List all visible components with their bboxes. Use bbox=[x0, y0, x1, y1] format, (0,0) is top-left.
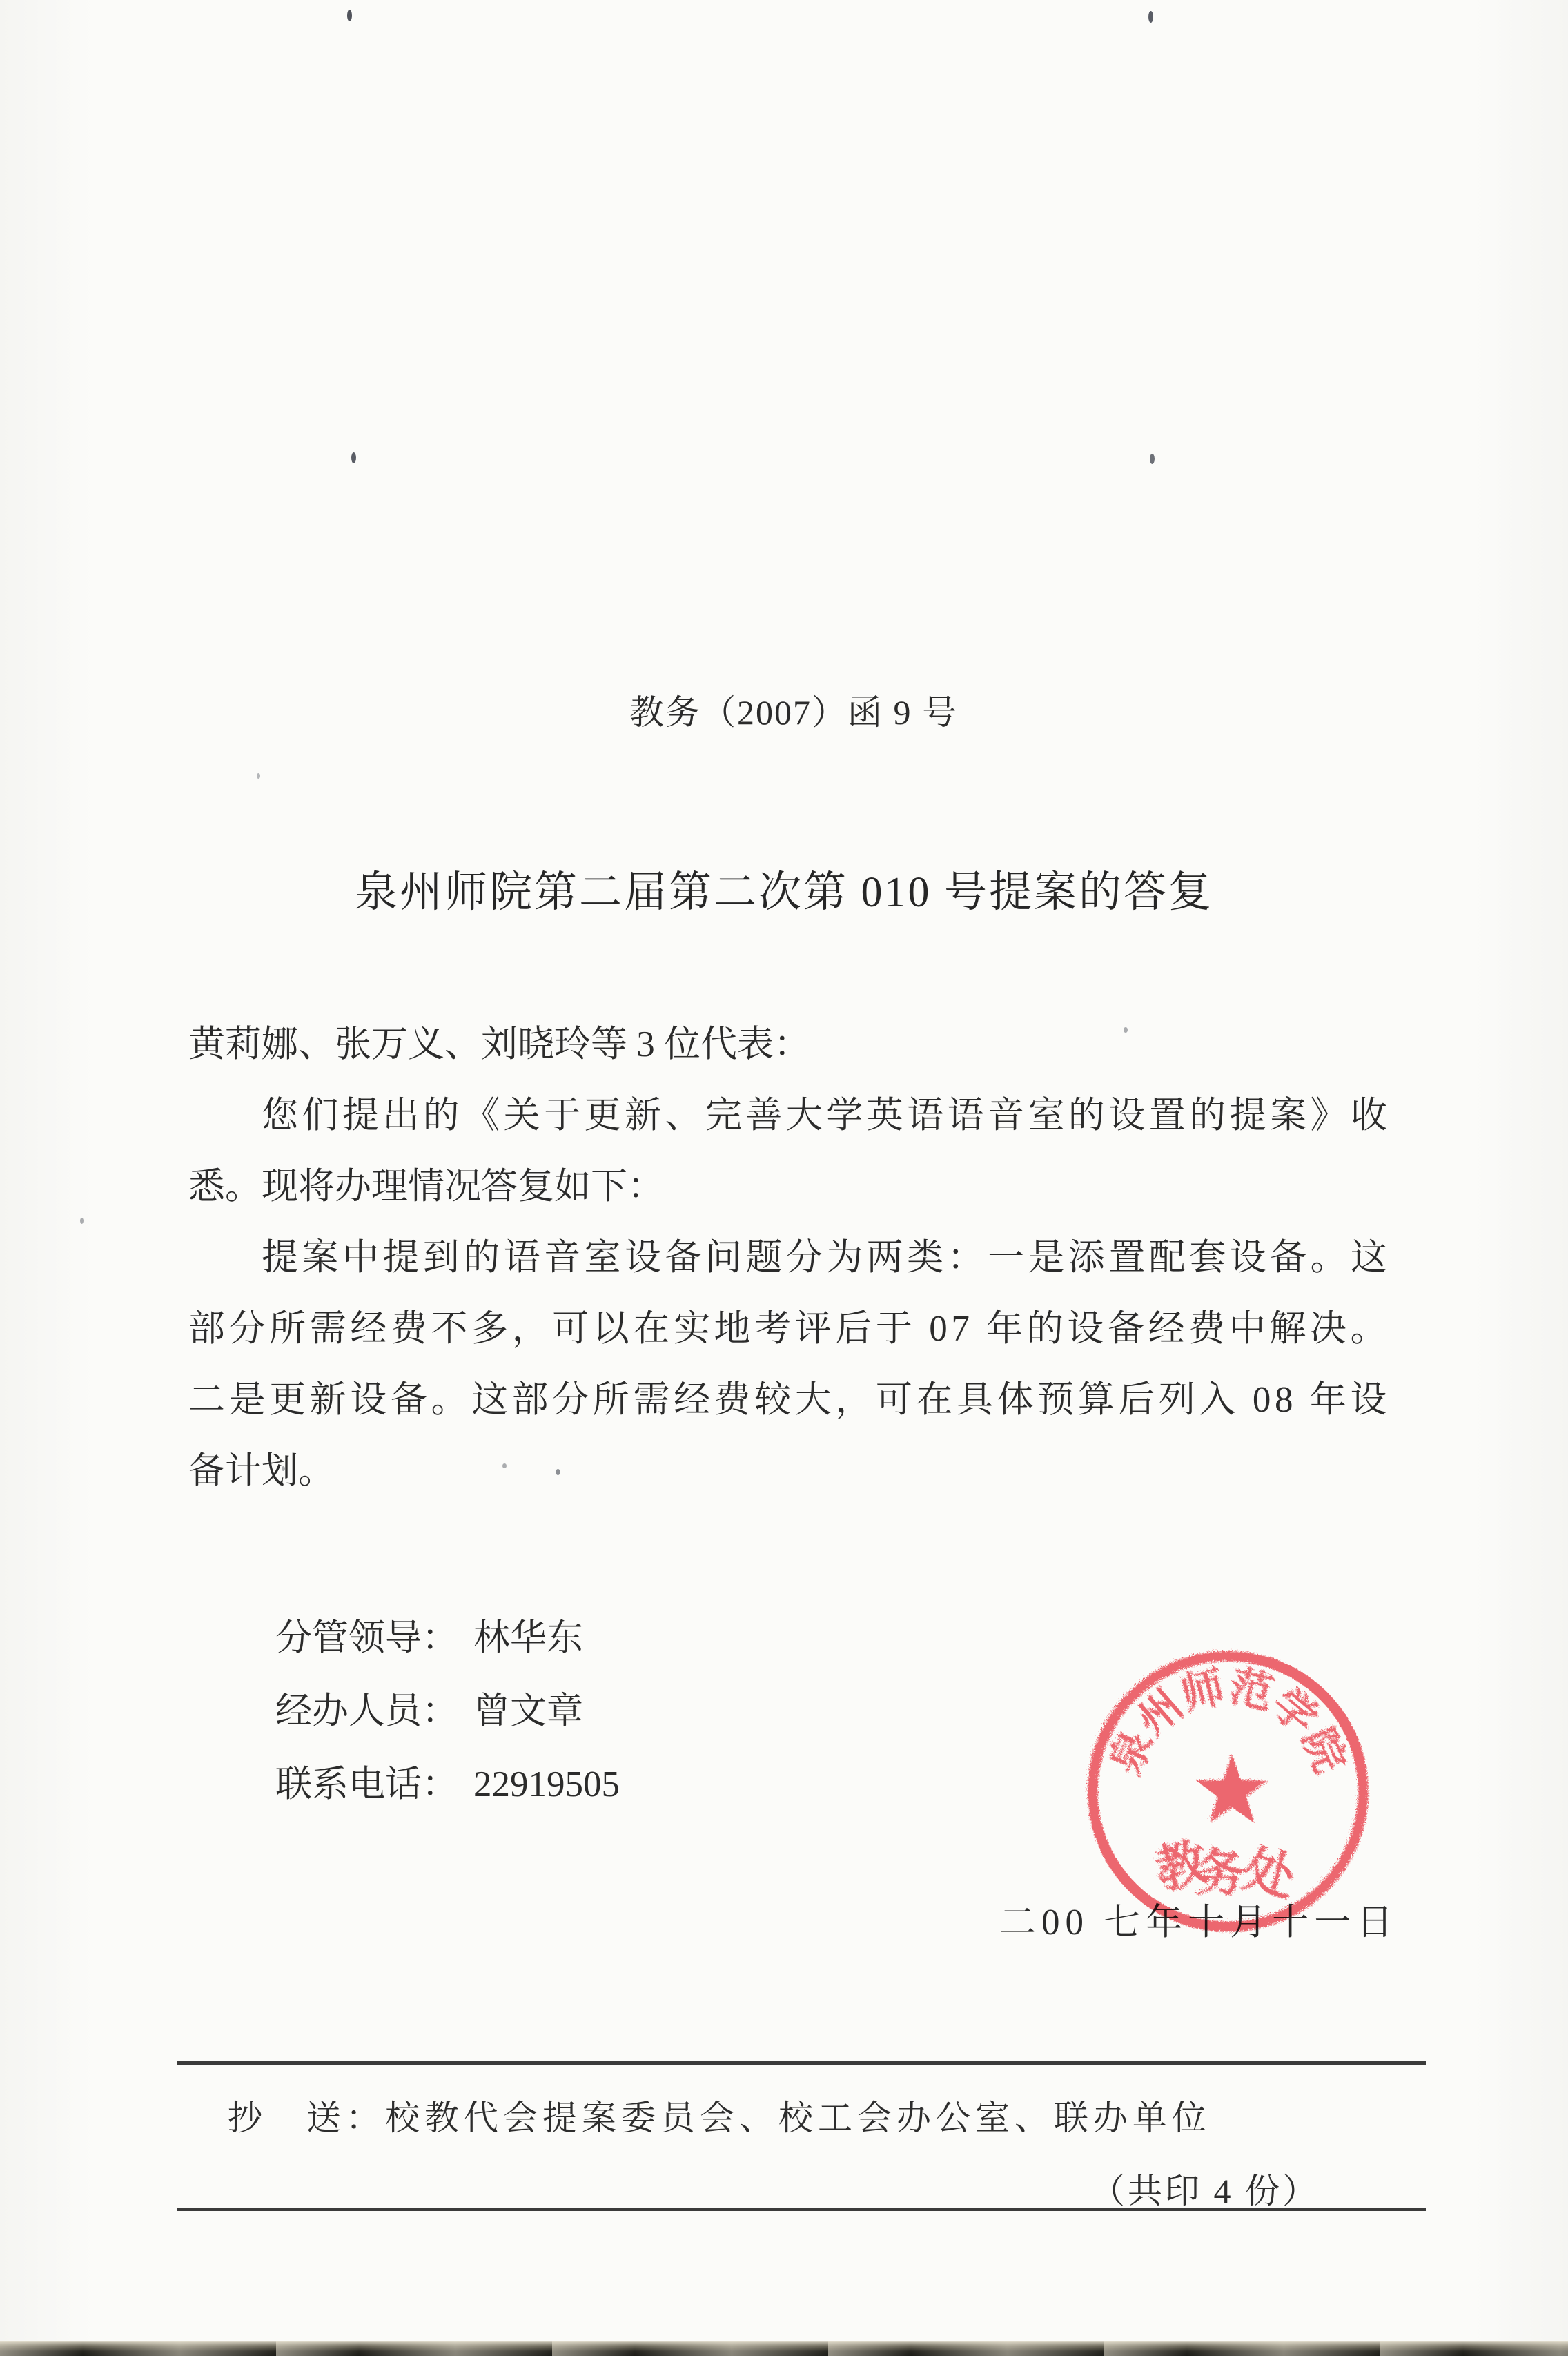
supervisor-label: 分管领导： bbox=[275, 1618, 458, 1658]
body-line: 备计划。 bbox=[188, 1436, 1387, 1507]
dust-speck bbox=[1148, 11, 1153, 23]
dust-speck bbox=[351, 452, 356, 463]
handler-name: 曾文章 bbox=[473, 1691, 583, 1731]
scanner-edge-artifact bbox=[0, 2341, 1568, 2356]
supervisor-line: 分管领导：林华东 bbox=[275, 1602, 620, 1675]
body-line: 提案中提到的语音室设备问题分为两类：一是添置配套设备。这 bbox=[188, 1223, 1387, 1294]
body-line: 您们提出的《关于更新、完善大学英语语音室的设置的提案》收 bbox=[188, 1080, 1387, 1151]
seal-ring-text: 泉 州 师 范 学 院 bbox=[1100, 1662, 1352, 1780]
handler-line: 经办人员：曾文章 bbox=[275, 1675, 620, 1748]
doc-title: 泉州师院第二届第二次第 010 号提案的答复 bbox=[355, 857, 1213, 919]
footer-divider-bottom bbox=[177, 2208, 1426, 2211]
body-line: 二是更新设备。这部分所需经费较大，可在具体预算后列入 08 年设 bbox=[188, 1365, 1387, 1436]
official-seal-stamp: 泉 州 师 范 学 院 教 务 处 bbox=[1075, 1637, 1379, 1948]
signature-block: 分管领导：林华东 经办人员：曾文章 联系电话：22919505 bbox=[275, 1602, 620, 1821]
handler-label: 经办人员： bbox=[275, 1691, 458, 1731]
phone-number: 22919505 bbox=[473, 1764, 620, 1804]
cc-distribution-line: 抄 送：校教代会提案委员会、校工会办公室、联办单位 bbox=[228, 2090, 1211, 2140]
print-count-note: （共印 4 份） bbox=[1090, 2163, 1320, 2213]
salutation-line: 黄莉娜、张万义、刘晓玲等 3 位代表： bbox=[188, 1009, 1387, 1080]
phone-label: 联系电话： bbox=[275, 1764, 458, 1804]
doc-reference-number: 教务（2007）函 9 号 bbox=[629, 685, 958, 734]
seal-department-text: 教 务 处 bbox=[1149, 1833, 1300, 1907]
dust-speck bbox=[80, 1218, 84, 1224]
dust-speck bbox=[347, 10, 352, 21]
supervisor-name: 林华东 bbox=[473, 1618, 583, 1658]
document-page: 教务（2007）函 9 号 泉州师院第二届第二次第 010 号提案的答复 黄莉娜… bbox=[0, 0, 1568, 2356]
phone-line: 联系电话：22919505 bbox=[275, 1748, 620, 1821]
letter-body: 黄莉娜、张万义、刘晓玲等 3 位代表： 您们提出的《关于更新、完善大学英语语音室… bbox=[188, 1009, 1387, 1507]
seal-dept-char: 处 bbox=[1236, 1839, 1300, 1906]
seal-star-icon bbox=[1195, 1753, 1267, 1822]
dust-speck bbox=[1150, 454, 1155, 464]
body-line: 部分所需经费不多，可以在实地考评后于 07 年的设备经费中解决。 bbox=[188, 1294, 1387, 1365]
body-line: 悉。现将办理情况答复如下： bbox=[188, 1151, 1387, 1223]
footer-divider-top bbox=[177, 2061, 1426, 2065]
dust-speck bbox=[257, 773, 260, 779]
